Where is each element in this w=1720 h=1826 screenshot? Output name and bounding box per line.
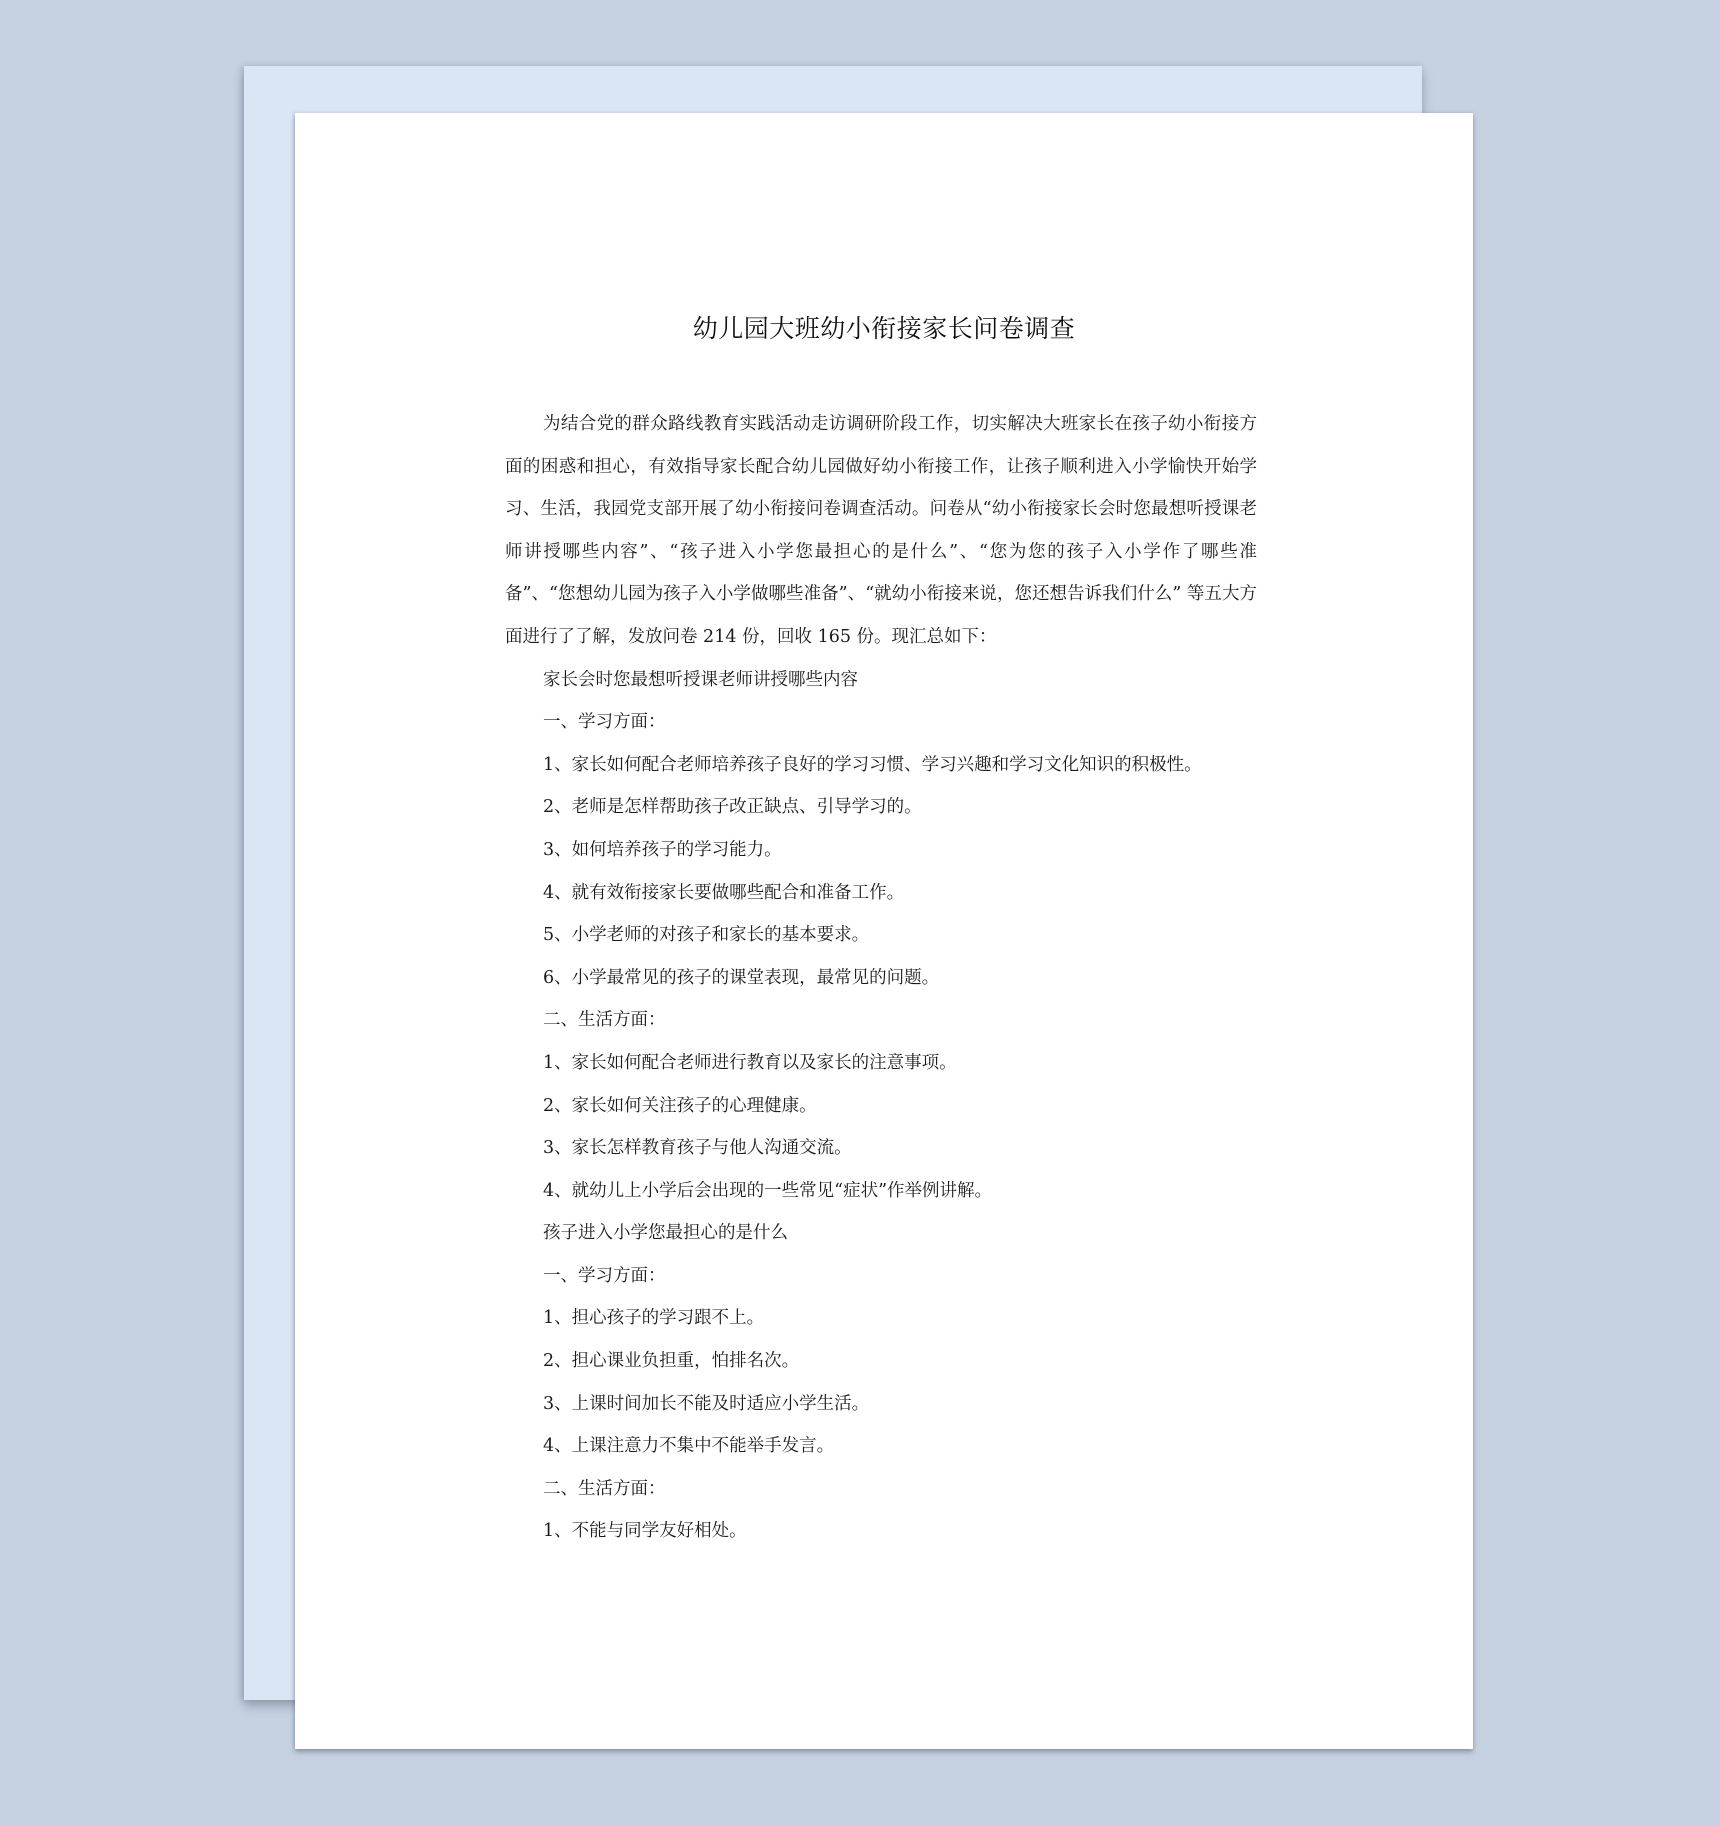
document-title: 幼儿园大班幼小衔接家长问卷调查 (295, 309, 1473, 345)
list-item: 1、不能与同学友好相处。 (505, 1510, 1257, 1553)
list-item: 2、老师是怎样帮助孩子改正缺点、引导学习的。 (505, 786, 1257, 829)
section-heading: 孩子进入小学您最担心的是什么 (505, 1212, 1257, 1255)
document-body: 为结合党的群众路线教育实践活动走访调研阶段工作，切实解决大班家长在孩子幼小衔接方… (505, 403, 1257, 1553)
list-item: 5、小学老师的对孩子和家长的基本要求。 (505, 914, 1257, 957)
list-item: 1、家长如何配合老师培养孩子良好的学习习惯、学习兴趣和学习文化知识的积极性。 (505, 744, 1257, 787)
list-item: 1、家长如何配合老师进行教育以及家长的注意事项。 (505, 1042, 1257, 1085)
group-subheading: 二、生活方面： (505, 999, 1257, 1042)
list-item: 3、上课时间加长不能及时适应小学生活。 (505, 1383, 1257, 1426)
list-item: 1、担心孩子的学习跟不上。 (505, 1297, 1257, 1340)
list-item: 4、就幼儿上小学后会出现的一些常见“症状”作举例讲解。 (505, 1170, 1257, 1213)
list-item: 3、如何培养孩子的学习能力。 (505, 829, 1257, 872)
group-subheading: 一、学习方面： (505, 1255, 1257, 1298)
group-subheading: 二、生活方面： (505, 1468, 1257, 1511)
list-item: 2、家长如何关注孩子的心理健康。 (505, 1085, 1257, 1128)
intro-paragraph: 为结合党的群众路线教育实践活动走访调研阶段工作，切实解决大班家长在孩子幼小衔接方… (505, 403, 1257, 659)
list-item: 4、就有效衔接家长要做哪些配合和准备工作。 (505, 872, 1257, 915)
list-item: 4、上课注意力不集中不能举手发言。 (505, 1425, 1257, 1468)
list-item: 3、家长怎样教育孩子与他人沟通交流。 (505, 1127, 1257, 1170)
list-item: 6、小学最常见的孩子的课堂表现，最常见的问题。 (505, 957, 1257, 1000)
document-page: 幼儿园大班幼小衔接家长问卷调查 为结合党的群众路线教育实践活动走访调研阶段工作，… (295, 113, 1473, 1749)
list-item: 2、担心课业负担重，怕排名次。 (505, 1340, 1257, 1383)
group-subheading: 一、学习方面： (505, 701, 1257, 744)
section-heading: 家长会时您最想听授课老师讲授哪些内容 (505, 659, 1257, 702)
